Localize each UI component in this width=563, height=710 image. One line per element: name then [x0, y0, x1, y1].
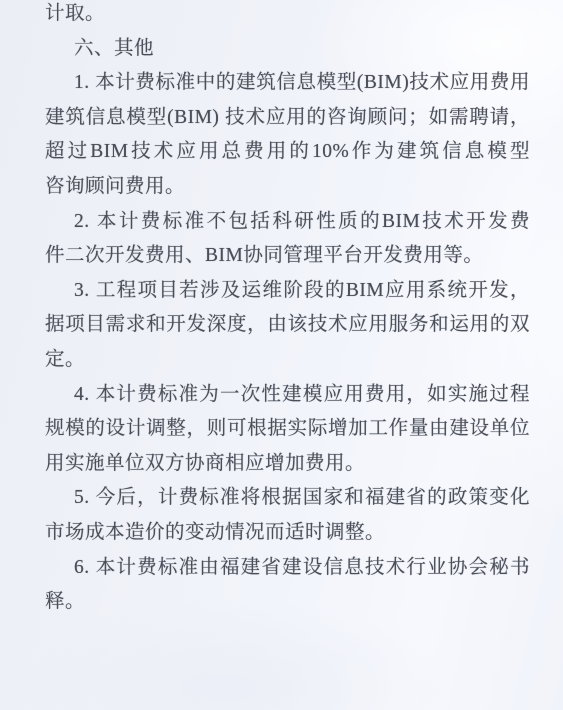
document-text-block: 计取。 六、其他 1. 本计费标准中的建筑信息模型(BIM)技术应用费用不包含聘…: [45, 0, 530, 620]
item-4-line-3: 用实施单位双方协商相应增加费用。: [45, 447, 530, 482]
item-1-line-4: 咨询顾问费用。: [45, 170, 530, 205]
item-3-line-1: 3. 工程项目若涉及运维阶段的BIM应用系统开发，具体费用可根: [45, 274, 530, 309]
item-6-line-1: 6. 本计费标准由福建省建设信息技术行业协会秘书处负责解: [45, 551, 530, 586]
item-5-line-2: 市场成本造价的变动情况而适时调整。: [45, 516, 530, 551]
item-3-line-2: 据项目需求和开发深度，由该技术应用服务和运用的双方协商确: [45, 308, 530, 343]
section-heading: 六、其他: [45, 32, 530, 67]
item-1-line-2: 建筑信息模型(BIM) 技术应用的咨询顾问；如需聘请，则可增加不: [45, 101, 530, 136]
item-2-line-1: 2. 本计费标准不包括科研性质的BIM技术开发费用，例如BIM软: [45, 205, 530, 240]
item-1-line-3: 超过BIM技术应用总费用的10%作为建筑信息模型（BIM）技术应用的: [45, 135, 530, 170]
item-2-line-2: 件二次开发费用、BIM协同管理平台开发费用等。: [45, 239, 530, 274]
item-4-line-2: 规模的设计调整，则可根据实际增加工作量由建设单位与BIM技术应: [45, 412, 530, 447]
item-3-line-3: 定。: [45, 343, 530, 378]
continuation-line: 计取。: [45, 0, 530, 32]
scanned-document-page: 计取。 六、其他 1. 本计费标准中的建筑信息模型(BIM)技术应用费用不包含聘…: [0, 0, 563, 710]
item-1-line-1: 1. 本计费标准中的建筑信息模型(BIM)技术应用费用不包含聘请: [45, 66, 530, 101]
item-4-line-1: 4. 本计费标准为一次性建模应用费用，如实施过程中出现较大: [45, 378, 530, 413]
item-5-line-1: 5. 今后，计费标准将根据国家和福建省的政策变化及建设行业: [45, 481, 530, 516]
item-6-line-2: 释。: [45, 585, 530, 620]
